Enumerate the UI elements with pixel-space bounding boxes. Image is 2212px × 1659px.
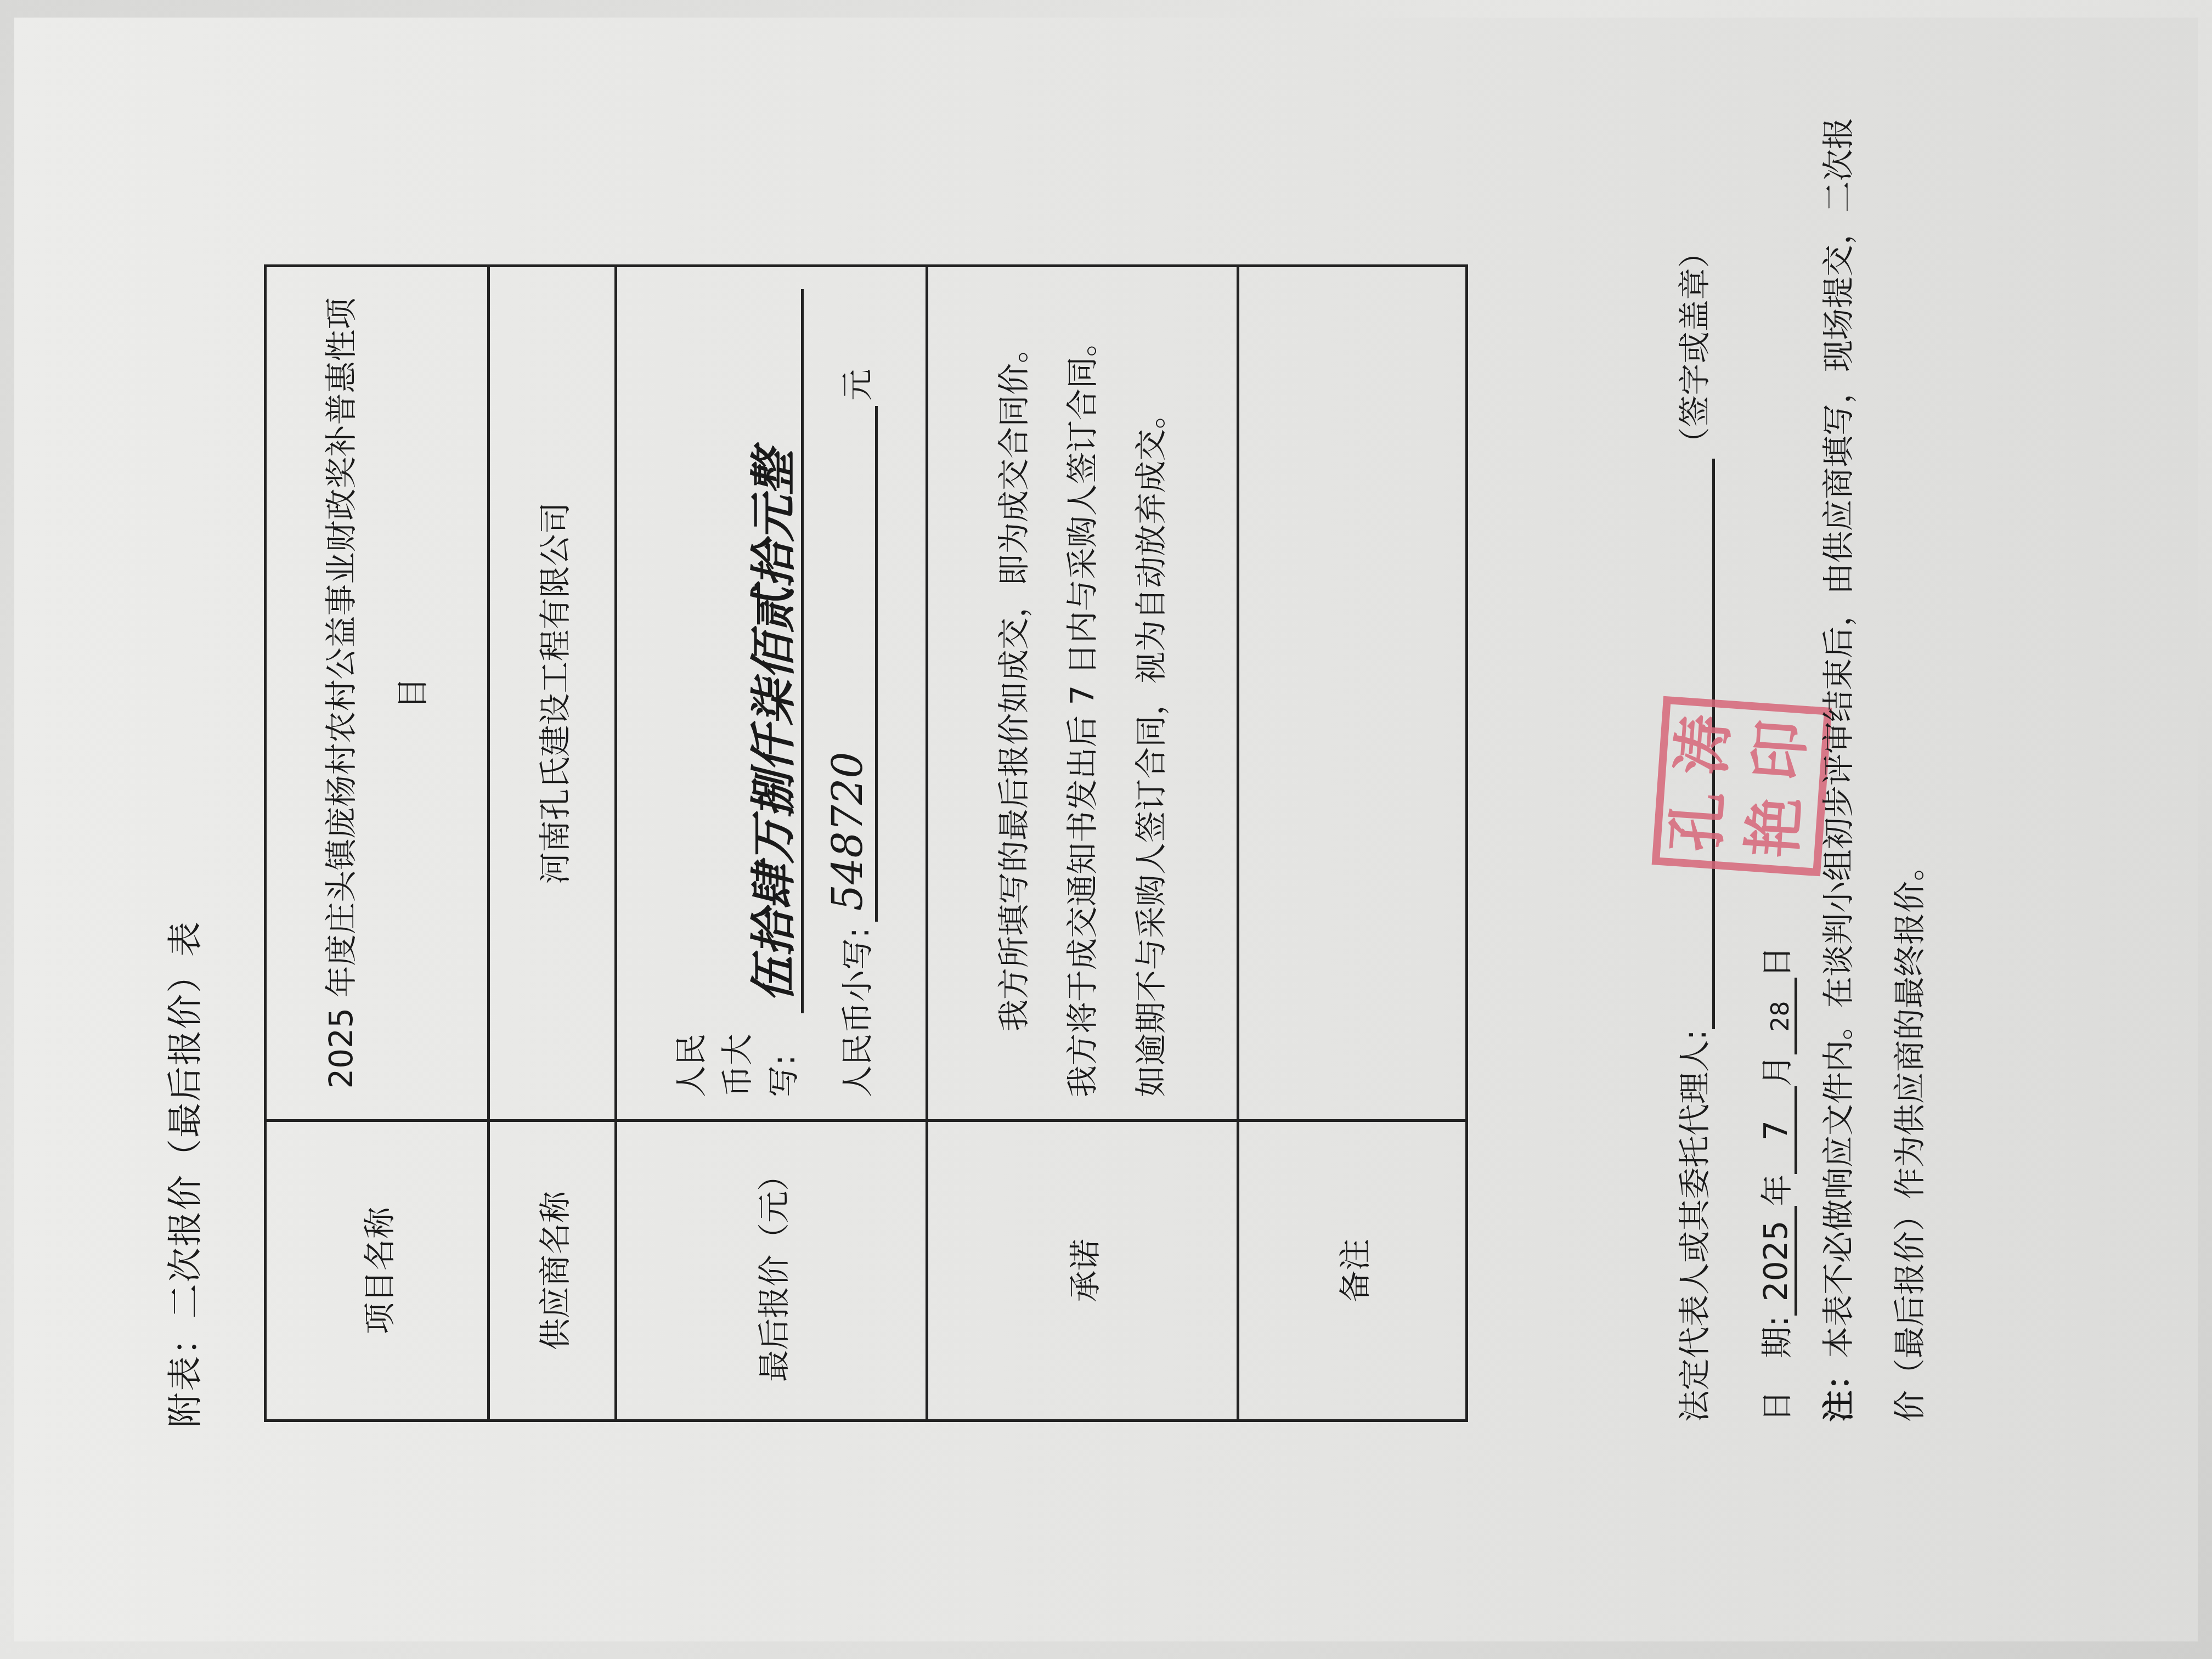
table-row-promise: 承诺 我方所填写的最后报价如成交，即为成交合同价。 我方将于成交通知书发出后 7… [927, 266, 1238, 1421]
table-row-price: 最后报价（元） 人民币大写: 伍拾肆万捌仟柒佰贰拾元整 人民币小写: 54872… [616, 266, 927, 1421]
date-year: 2025 [1757, 1206, 1797, 1316]
remark-label: 备注 [1238, 1121, 1467, 1421]
date-month-unit: 月 [1751, 1054, 1797, 1086]
final-price-cell: 人民币大写: 伍拾肆万捌仟柒佰贰拾元整 人民币小写: 548720 元 [616, 266, 927, 1121]
quote-table: 项目名称 2025 年度庄头镇庞杨村农村公益事业财政奖补普惠性项目 供应商名称 … [264, 264, 1468, 1422]
promise-line-3: 如逾期不与采购人签订合同，视为自动放弃成交。 [1117, 289, 1186, 1097]
date-month: 7 [1757, 1086, 1797, 1174]
price-uppercase-handwritten: 伍拾肆万捌仟柒佰贰拾元整 [746, 289, 804, 1013]
notes: 注：本表不必做响应文件内。在谈判小组初步评审结束后，由供应商填写，现场提交，二次… [1803, 105, 1945, 1422]
date-label: 日 期: [1751, 1316, 1797, 1422]
table-row-remark: 备注 [1238, 266, 1467, 1421]
price-lowercase-handwritten: 548720 [820, 406, 878, 922]
promise-line-2: 我方将于成交通知书发出后 7 日内与采购人签订合同。 [1048, 289, 1117, 1097]
date-year-unit: 年 [1751, 1174, 1797, 1206]
notes-prefix: 注： [1820, 1358, 1857, 1422]
notes-text: 本表不必做响应文件内。在谈判小组初步评审结束后，由供应商填写，现场提交，二次报价… [1820, 117, 1928, 1422]
stamp-char-0: 涛 [1665, 704, 1747, 786]
promise-line-1: 我方所填写的最后报价如成交，即为成交合同价。 [980, 289, 1048, 1097]
date-day-unit: 日 [1751, 946, 1797, 978]
document-sheet: 附表：二次报价（最后报价）表 项目名称 2025 年度庄头镇庞杨村农村公益事业财… [14, 18, 2198, 1641]
project-name-value: 2025 年度庄头镇庞杨村农村公益事业财政奖补普惠性项目 [266, 266, 489, 1121]
supplier-name-label: 供应商名称 [489, 1121, 616, 1421]
final-price-label: 最后报价（元） [616, 1121, 927, 1421]
promise-text: 我方所填写的最后报价如成交，即为成交合同价。 我方将于成交通知书发出后 7 日内… [927, 266, 1238, 1121]
remark-value [1238, 266, 1467, 1121]
table-row-supplier: 供应商名称 河南孔氏建设工程有限公司 [489, 266, 616, 1421]
promise-label: 承诺 [927, 1121, 1238, 1421]
project-name-label: 项目名称 [266, 1121, 489, 1421]
price-uppercase-label: 人民币大写: [665, 1019, 804, 1097]
price-unit: 元 [832, 369, 878, 400]
date-day: 28 [1767, 978, 1797, 1054]
signature-hint: （签字或盖章） [1669, 236, 1715, 459]
price-lowercase-label: 人民币小写: [832, 927, 878, 1097]
table-row-project: 项目名称 2025 年度庄头镇庞杨村农村公益事业财政奖补普惠性项目 [266, 266, 489, 1421]
price-lowercase-line: 人民币小写: 548720 元 [820, 289, 878, 1097]
price-uppercase-line: 人民币大写: 伍拾肆万捌仟柒佰贰拾元整 [665, 289, 804, 1097]
document-title: 附表：二次报价（最后报价）表 [157, 921, 207, 1427]
signature-label: 法定代表人或其委托代理人: [1669, 1029, 1715, 1422]
supplier-name-value: 河南孔氏建设工程有限公司 [489, 266, 616, 1121]
stamp-char-1: 孔 [1660, 781, 1742, 862]
